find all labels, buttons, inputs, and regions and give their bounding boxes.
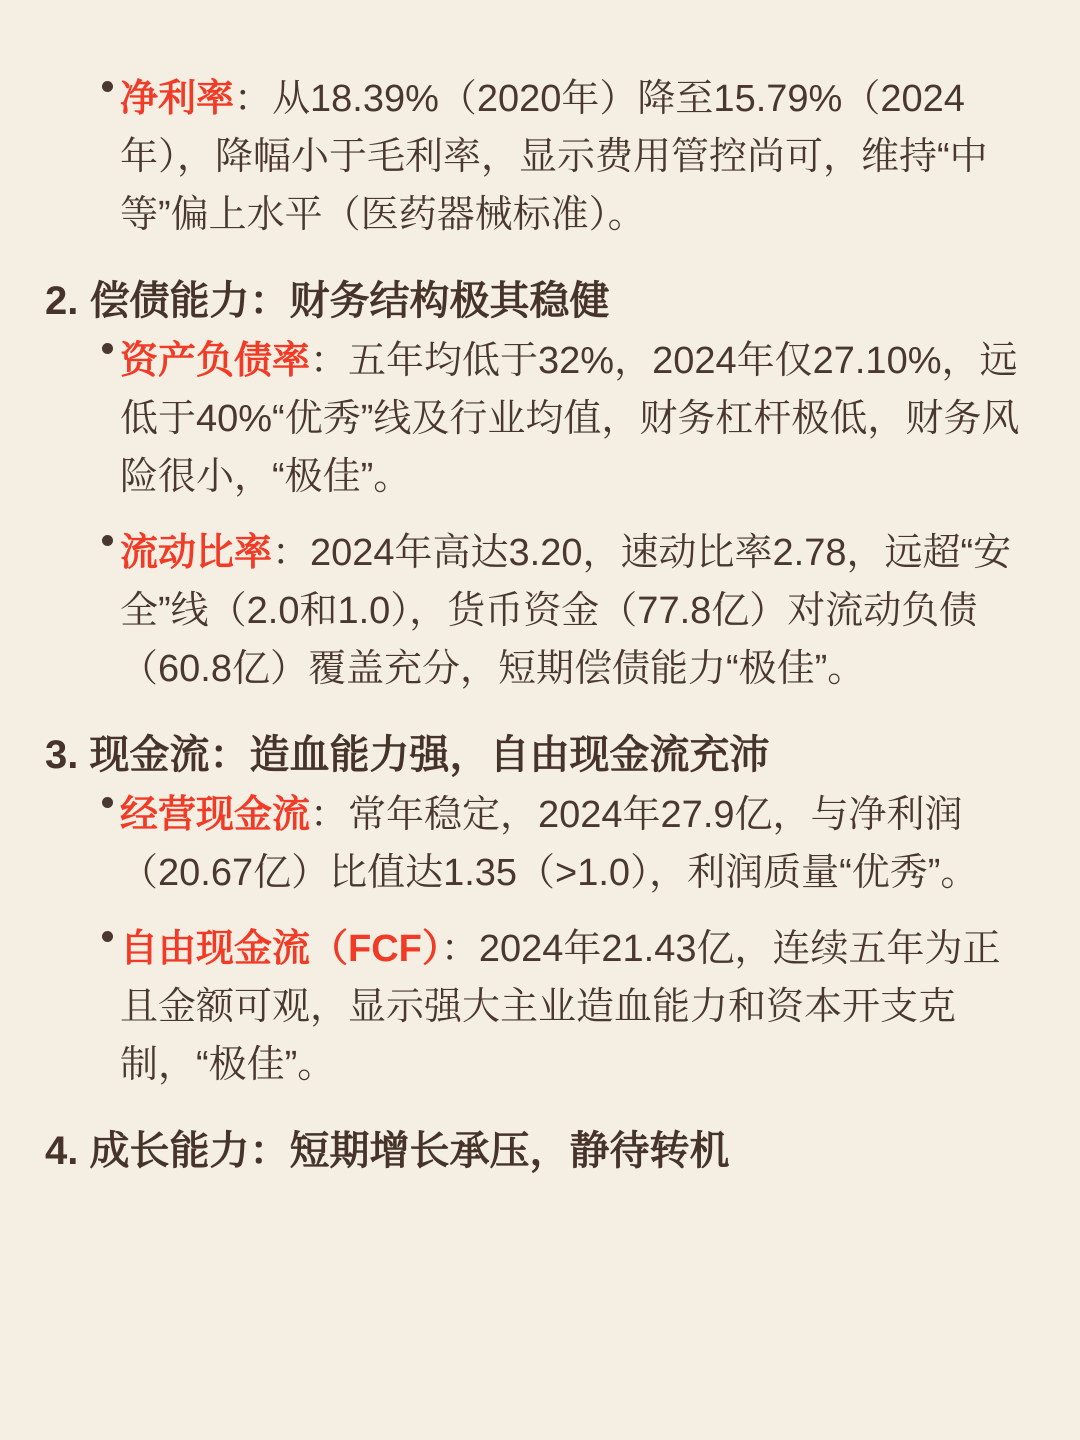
bullet-dot-icon [102,343,113,354]
bullet-dot-icon [102,797,113,808]
metric-term-current-ratio: 流动比率 [120,532,272,574]
financial-analysis-document: 净利率：从18.39%（2020年）降至15.79%（2024年），降幅小于毛利… [0,0,1080,1440]
bullet-dot-icon [102,931,113,942]
list-item-operating-cash-flow: 经营现金流：常年稳定，2024年27.9亿，与净利润（20.67亿）比值达1.3… [45,786,1035,902]
bullet-dot-icon [102,81,113,92]
metric-term-free-cash-flow: 自由现金流（FCF） [120,928,441,970]
list-item-net-profit-margin: 净利率：从18.39%（2020年）降至15.79%（2024年），降幅小于毛利… [45,70,1035,244]
bullet-dot-icon [102,535,113,546]
list-item-debt-ratio: 资产负债率：五年均低于32%，2024年仅27.10%，远低于40%“优秀”线及… [45,332,1035,506]
metric-term-operating-cash-flow: 经营现金流 [120,794,310,836]
list-item-free-cash-flow: 自由现金流（FCF）：2024年21.43亿，连续五年为正且金额可观，显示强大主… [45,920,1035,1094]
metric-term-net-profit-margin: 净利率 [120,78,234,120]
metric-text-net-profit-margin: ：从18.39%（2020年）降至15.79%（2024年），降幅小于毛利率，显… [120,78,988,236]
section-heading-solvency: 2. 偿债能力：财务结构极其稳健 [45,270,1035,332]
list-item-current-ratio: 流动比率：2024年高达3.20，速动比率2.78，远超“安全”线（2.0和1.… [45,524,1035,698]
section-heading-cash-flow: 3. 现金流：造血能力强，自由现金流充沛 [45,724,1035,786]
section-heading-growth: 4. 成长能力：短期增长承压，静待转机 [45,1120,1035,1182]
metric-term-debt-ratio: 资产负债率 [120,340,310,382]
